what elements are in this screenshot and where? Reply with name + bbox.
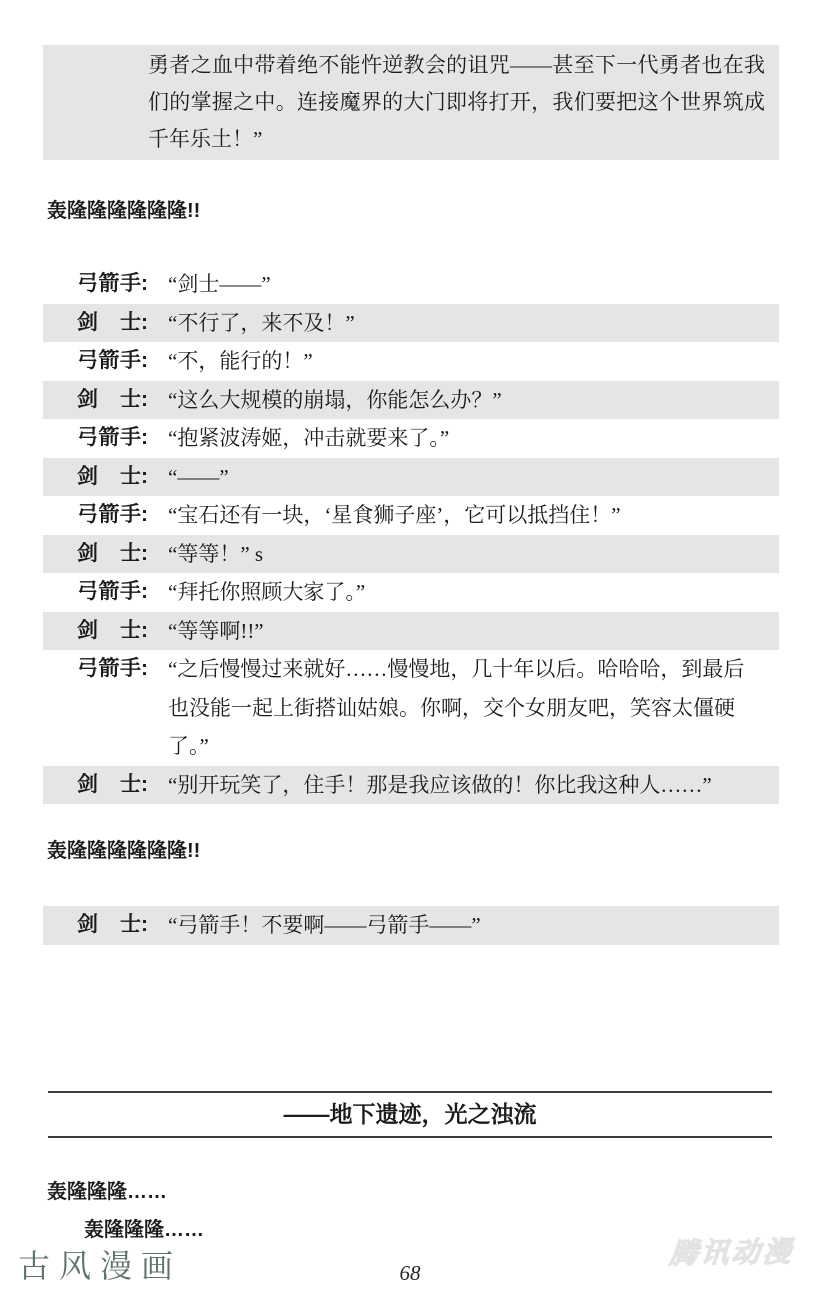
dialogue-text: “抱紧波涛姬，冲击就要来了。” [168, 419, 779, 458]
speaker-label: 弓箭手 [77, 265, 141, 304]
speaker-label: 弓箭手 [77, 573, 141, 612]
speaker-colon: : [141, 342, 148, 381]
dialogue-row: 剑士: “弓箭手！不要啊——弓箭手——” [43, 906, 779, 945]
section-title: ——地下遗迹，光之浊流 [0, 1093, 820, 1136]
speaker-colon: : [141, 419, 148, 458]
rumble-sfx-2: 轰隆隆隆隆隆隆!! [47, 840, 820, 862]
dialogue-text: “弓箭手！不要啊——弓箭手——” [168, 906, 779, 945]
tencent-comics-watermark: 腾讯动漫 [668, 1230, 796, 1272]
speaker-colon: : [141, 381, 148, 420]
speaker-colon: : [141, 906, 148, 945]
dialogue-row: 剑士: “——” [43, 458, 779, 497]
speaker-colon: : [141, 535, 148, 574]
dialogue-row: 剑士: “别开玩笑了，住手！那是我应该做的！你比我这种人……” [43, 766, 779, 805]
page-number: 68 [400, 1261, 421, 1286]
speaker-colon: : [141, 304, 148, 343]
rumble-sfx-1: 轰隆隆隆隆隆隆!! [47, 200, 820, 222]
dialogue-row: 弓箭手: “不，能行的！” [43, 342, 779, 381]
dialogue-row: 剑士: “等等啊!!” [43, 612, 779, 651]
dialogue-text: “别开玩笑了，住手！那是我应该做的！你比我这种人……” [168, 766, 779, 805]
speaker-label: 剑士 [77, 304, 141, 343]
opening-paragraph: 勇者之血中带着绝不能忤逆教会的诅咒——甚至下一代勇者也在我们的掌握之中。连接魔界… [43, 45, 779, 160]
dialogue-text: “不行了，来不及！” [168, 304, 779, 343]
dialogue-row: 弓箭手: “剑士——” [43, 265, 779, 304]
dialogue-text: “之后慢慢过来就好……慢慢地，几十年以后。哈哈哈，到最后也没能一起上街搭讪姑娘。… [168, 650, 779, 766]
dialogue-row: 弓箭手: “抱紧波涛姬，冲击就要来了。” [43, 419, 779, 458]
novel-page: 勇者之血中带着绝不能忤逆教会的诅咒——甚至下一代勇者也在我们的掌握之中。连接魔界… [0, 0, 820, 1291]
speaker-label: 剑士 [77, 381, 141, 420]
speaker-label: 剑士 [77, 766, 141, 805]
dialogue-row: 弓箭手: “拜托你照顾大家了。” [43, 573, 779, 612]
speaker-colon: : [141, 458, 148, 497]
speaker-label: 弓箭手 [77, 342, 141, 381]
dialogue-list-1: 弓箭手: “剑士——” 剑士: “不行了，来不及！” 弓箭手: “不，能行的！”… [43, 265, 779, 804]
speaker-colon: : [141, 650, 148, 689]
speaker-label: 剑士 [77, 612, 141, 651]
dialogue-row: 弓箭手: “宝石还有一块，‘星食狮子座’，它可以抵挡住！” [43, 496, 779, 535]
dialogue-row: 剑士: “这么大规模的崩塌，你能怎么办？” [43, 381, 779, 420]
dialogue-row: 剑士: “等等！” s [43, 535, 779, 574]
speaker-colon: : [141, 573, 148, 612]
dialogue-list-2: 剑士: “弓箭手！不要啊——弓箭手——” [43, 906, 779, 945]
speaker-label: 剑士 [77, 906, 141, 945]
dialogue-row: 剑士: “不行了，来不及！” [43, 304, 779, 343]
gufeng-manhua-logo: 古风漫画 [18, 1241, 182, 1287]
dialogue-text: “等等！” s [168, 535, 779, 574]
dialogue-text: “宝石还有一块，‘星食狮子座’，它可以抵挡住！” [168, 496, 779, 535]
dialogue-text: “剑士——” [168, 265, 779, 304]
speaker-colon: : [141, 766, 148, 805]
dialogue-text: “拜托你照顾大家了。” [168, 573, 779, 612]
rumble-sfx-3: 轰隆隆隆…… [47, 1181, 820, 1203]
dialogue-text: “不，能行的！” [168, 342, 779, 381]
dialogue-text: “等等啊!!” [168, 612, 779, 651]
speaker-label: 剑士 [77, 535, 141, 574]
speaker-colon: : [141, 612, 148, 651]
speaker-label: 弓箭手 [77, 650, 141, 689]
divider-rule-bottom [48, 1136, 772, 1138]
speaker-label: 弓箭手 [77, 419, 141, 458]
speaker-colon: : [141, 265, 148, 304]
speaker-label: 剑士 [77, 458, 141, 497]
dialogue-text: “这么大规模的崩塌，你能怎么办？” [168, 381, 779, 420]
speaker-colon: : [141, 496, 148, 535]
dialogue-row: 弓箭手: “之后慢慢过来就好……慢慢地，几十年以后。哈哈哈，到最后也没能一起上街… [43, 650, 779, 766]
speaker-label: 弓箭手 [77, 496, 141, 535]
dialogue-text: “——” [168, 458, 779, 497]
